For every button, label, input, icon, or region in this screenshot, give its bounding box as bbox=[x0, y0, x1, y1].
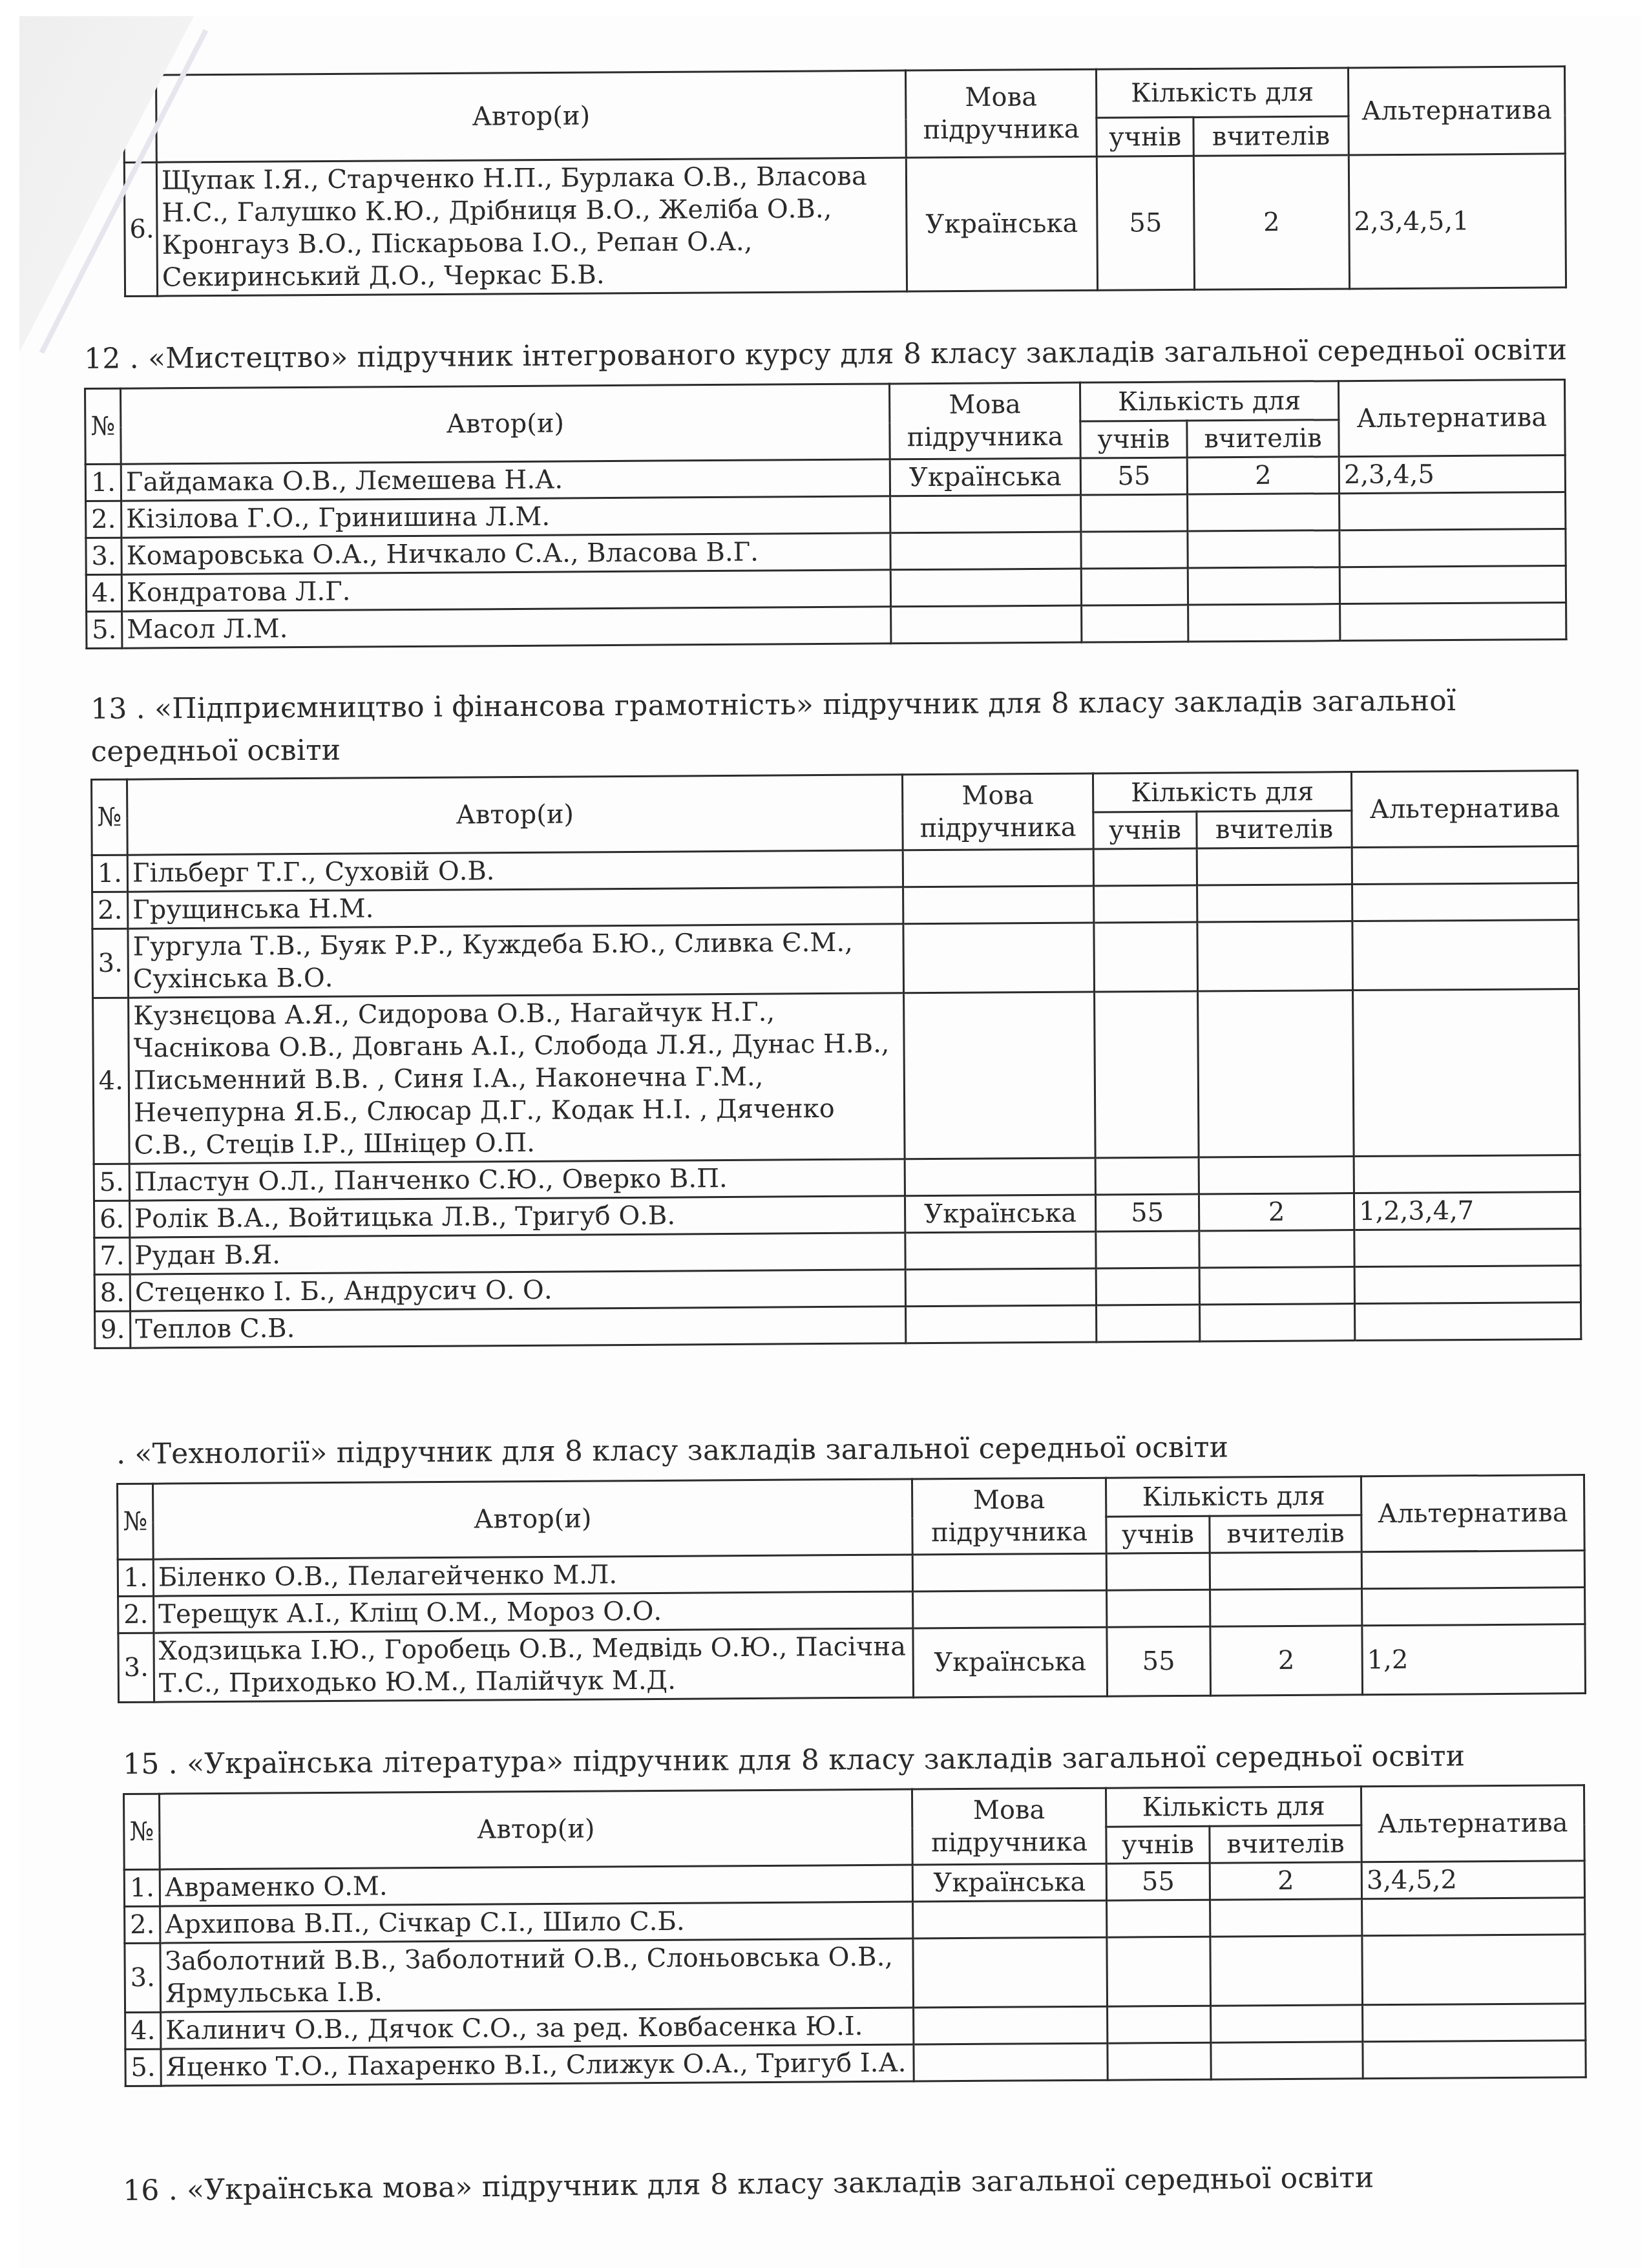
row-number: 3. bbox=[118, 1633, 154, 1702]
table-15: № Автор(и) Мовапідручника Кількість для … bbox=[123, 1784, 1587, 2087]
row-authors: Біленко О.В., Пелагейченко М.Л. bbox=[153, 1555, 912, 1596]
col-qty-header: Кількість для bbox=[1093, 772, 1351, 812]
table-continued: Автор(и) Мовапідручника Кількість для Ал… bbox=[123, 65, 1567, 297]
row-number: 1. bbox=[85, 464, 121, 501]
row-language bbox=[891, 605, 1082, 644]
row-students-count bbox=[1081, 568, 1188, 605]
row-language bbox=[913, 1590, 1107, 1628]
col-teachers-header: вчителів bbox=[1187, 420, 1339, 457]
row-students-count bbox=[1108, 2006, 1211, 2043]
row-language bbox=[903, 923, 1095, 993]
row-number: 2. bbox=[86, 501, 121, 538]
row-number: 4. bbox=[86, 574, 121, 611]
row-language bbox=[913, 1900, 1107, 1938]
row-alternative: 2,3,4,5 bbox=[1339, 455, 1565, 493]
row-authors: Терещук А.І., Кліщ О.М., Мороз О.О. bbox=[154, 1591, 913, 1633]
row-alternative bbox=[1339, 492, 1566, 530]
row-alternative: 1,2,3,4,7 bbox=[1354, 1192, 1580, 1230]
row-teachers-count: 2 bbox=[1199, 1193, 1354, 1231]
row-language: Українська bbox=[890, 458, 1080, 496]
row-teachers-count bbox=[1211, 2042, 1363, 2079]
row-number: 2. bbox=[92, 892, 128, 929]
row-number: 4. bbox=[125, 2012, 161, 2049]
col-students-header: учнів bbox=[1106, 1516, 1210, 1553]
row-authors: Кузнєцова А.Я., Сидорова О.В., Нагайчук … bbox=[129, 993, 905, 1164]
row-alternative bbox=[1363, 2041, 1586, 2079]
row-teachers-count bbox=[1188, 604, 1340, 642]
row-language bbox=[890, 569, 1081, 607]
col-authors-header: Автор(и) bbox=[160, 1789, 913, 1869]
row-teachers-count bbox=[1210, 1936, 1363, 2006]
col-qty-header: Кількість для bbox=[1096, 68, 1348, 118]
col-authors-header: Автор(и) bbox=[153, 1479, 913, 1559]
col-lang-header: Мовапідручника bbox=[902, 773, 1093, 850]
row-language bbox=[905, 1268, 1096, 1307]
col-students-header: учнів bbox=[1106, 1826, 1210, 1864]
section-title-14: . «Технології» підручник для 8 класу зак… bbox=[116, 1431, 1228, 1471]
row-language bbox=[890, 532, 1081, 570]
scanned-page: Автор(и) Мовапідручника Кількість для Ал… bbox=[19, 16, 1641, 2268]
col-lang-header: Мовапідручника bbox=[889, 383, 1080, 459]
row-alternative bbox=[1362, 1588, 1585, 1626]
row-alternative bbox=[1339, 565, 1566, 604]
col-authors-header: Автор(и) bbox=[121, 384, 890, 464]
col-qty-header: Кількість для bbox=[1106, 1476, 1361, 1517]
row-teachers-count bbox=[1210, 1552, 1361, 1590]
row-authors: Кізілова Г.О., Гринишина Л.М. bbox=[121, 496, 890, 538]
row-language bbox=[912, 1553, 1106, 1591]
row-students-count bbox=[1097, 1305, 1200, 1342]
row-authors: Ходзицька І.Ю., Горобець О.В., Медвідь О… bbox=[154, 1628, 914, 1702]
row-teachers-count bbox=[1210, 1589, 1362, 1626]
row-authors: Масол Л.М. bbox=[122, 607, 891, 648]
row-students-count bbox=[1095, 1157, 1199, 1195]
col-students-header: учнів bbox=[1097, 117, 1193, 156]
row-alternative bbox=[1352, 919, 1579, 990]
table-row: 6.Щупак І.Я., Старченко Н.П., Бурлака О.… bbox=[124, 154, 1566, 297]
row-number: 1. bbox=[124, 1869, 160, 1906]
table-row: 4.Кузнєцова А.Я., Сидорова О.В., Нагайчу… bbox=[93, 989, 1581, 1164]
row-number: 6. bbox=[94, 1201, 129, 1237]
row-number: 7. bbox=[94, 1237, 130, 1274]
row-teachers-count bbox=[1198, 991, 1354, 1157]
row-teachers-count: 2 bbox=[1193, 155, 1349, 289]
row-teachers-count bbox=[1199, 1267, 1354, 1305]
row-authors: Гургула Т.В., Буяк Р.Р., Куждеба Б.Ю., С… bbox=[128, 924, 904, 998]
row-teachers-count bbox=[1200, 1304, 1355, 1341]
row-teachers-count bbox=[1188, 494, 1339, 531]
row-authors: Комаровська О.А., Ничкало С.А., Власова … bbox=[121, 533, 890, 574]
section-title-16: 16 . «Українська мова» підручник для 8 к… bbox=[123, 2161, 1374, 2207]
col-teachers-header: вчителів bbox=[1193, 116, 1349, 156]
row-number: 3. bbox=[86, 538, 121, 574]
row-alternative bbox=[1339, 529, 1566, 567]
row-alternative bbox=[1361, 1551, 1584, 1589]
col-lang-header: Мовапідручника bbox=[905, 69, 1097, 158]
section-title-13: 13 . «Підприємництво і фінансова грамотн… bbox=[90, 679, 1551, 773]
row-number: 1. bbox=[92, 855, 127, 892]
row-students-count bbox=[1081, 531, 1188, 569]
row-language bbox=[914, 2043, 1108, 2081]
row-authors: Теплов С.В. bbox=[131, 1307, 906, 1348]
col-authors-header: Автор(и) bbox=[127, 775, 903, 855]
col-teachers-header: вчителів bbox=[1210, 1825, 1361, 1863]
row-students-count bbox=[1082, 605, 1188, 642]
row-alternative bbox=[1352, 883, 1579, 921]
row-alternative bbox=[1354, 1228, 1581, 1266]
row-authors: Яценко Т.О., Пахаренко В.І., Слижук О.А.… bbox=[161, 2044, 914, 2086]
row-teachers-count bbox=[1199, 1230, 1354, 1268]
row-teachers-count bbox=[1211, 2005, 1363, 2042]
table-row: 3.Заболотний В.В., Заболотний О.В., Слон… bbox=[125, 1935, 1586, 2013]
col-alt-header: Альтернатива bbox=[1348, 67, 1565, 155]
col-num-header: № bbox=[118, 1484, 154, 1559]
row-language bbox=[904, 992, 1096, 1159]
col-students-header: учнів bbox=[1080, 421, 1187, 458]
col-alt-header: Альтернатива bbox=[1351, 770, 1578, 847]
row-number: 1. bbox=[118, 1559, 153, 1596]
row-students-count bbox=[1107, 1937, 1211, 2006]
row-number: 5. bbox=[125, 2049, 161, 2086]
row-students-count bbox=[1094, 922, 1198, 992]
row-number: 8. bbox=[94, 1274, 130, 1311]
row-alternative bbox=[1355, 1302, 1581, 1340]
row-number: 3. bbox=[125, 1943, 161, 2012]
row-language bbox=[905, 1232, 1096, 1270]
row-authors: Архипова В.П., Січкар С.І., Шило С.Б. bbox=[160, 1902, 913, 1943]
row-students-count bbox=[1107, 1590, 1210, 1627]
col-alt-header: Альтернатива bbox=[1361, 1475, 1584, 1552]
col-students-header: учнів bbox=[1093, 812, 1197, 849]
row-students-count: 55 bbox=[1080, 457, 1187, 495]
row-authors: Стеценко І. Б., Андрусич О. О. bbox=[130, 1270, 905, 1311]
col-teachers-header: вчителів bbox=[1210, 1515, 1361, 1553]
col-qty-header: Кількість для bbox=[1106, 1787, 1361, 1827]
row-language: Українська bbox=[905, 1195, 1095, 1233]
col-authors-header: Автор(и) bbox=[156, 70, 907, 162]
col-alt-header: Альтернатива bbox=[1338, 380, 1565, 457]
row-language bbox=[905, 1158, 1095, 1196]
row-teachers-count bbox=[1210, 1899, 1362, 1937]
col-teachers-header: вчителів bbox=[1197, 811, 1352, 848]
row-students-count bbox=[1107, 1900, 1210, 1937]
row-alternative bbox=[1352, 846, 1578, 884]
row-teachers-count bbox=[1188, 567, 1339, 605]
row-number: 5. bbox=[94, 1164, 129, 1201]
col-num-header: № bbox=[124, 1794, 160, 1869]
row-authors: Авраменко О.М. bbox=[160, 1865, 912, 1906]
table-12: № Автор(и) Мовапідручника Кількість для … bbox=[84, 379, 1567, 649]
row-students-count bbox=[1096, 1231, 1199, 1268]
row-language bbox=[906, 1305, 1097, 1343]
row-authors: Рудан В.Я. bbox=[130, 1233, 905, 1274]
section-title-12: 12 . «Мистецтво» підручник інтегрованого… bbox=[84, 333, 1567, 375]
row-authors: Гайдамака О.В., Лємешева Н.А. bbox=[121, 459, 890, 501]
row-students-count: 55 bbox=[1097, 156, 1194, 290]
row-language bbox=[913, 1937, 1108, 2008]
table-14: № Автор(и) Мовапідручника Кількість для … bbox=[116, 1474, 1586, 1703]
row-number: 3. bbox=[92, 929, 129, 998]
row-language bbox=[903, 849, 1093, 887]
col-num-header: № bbox=[92, 779, 128, 855]
table-row: 3.Гургула Т.В., Буяк Р.Р., Куждеба Б.Ю.,… bbox=[92, 919, 1579, 998]
row-alternative bbox=[1354, 1265, 1581, 1303]
row-language bbox=[903, 886, 1094, 924]
row-alternative bbox=[1362, 1898, 1585, 1936]
row-students-count bbox=[1096, 1268, 1199, 1305]
col-lang-header: Мовапідручника bbox=[912, 1788, 1106, 1865]
row-number: 4. bbox=[93, 998, 130, 1164]
row-teachers-count bbox=[1197, 885, 1352, 922]
row-number: 2. bbox=[125, 1906, 160, 1943]
section-title-15: 15 . «Українська література» підручник д… bbox=[123, 1739, 1465, 1781]
row-students-count bbox=[1095, 991, 1199, 1158]
row-language: Українська bbox=[906, 156, 1097, 291]
row-number: 5. bbox=[87, 611, 122, 648]
row-authors: Гільберг Т.Г., Суховій О.В. bbox=[127, 850, 903, 892]
row-authors: Кондратова Л.Г. bbox=[121, 570, 890, 611]
row-language: Українська bbox=[913, 1627, 1108, 1697]
col-alt-header: Альтернатива bbox=[1361, 1785, 1584, 1862]
row-authors: Калинич О.В., Дячок С.О., за ред. Ковбас… bbox=[161, 2008, 914, 2049]
row-teachers-count bbox=[1199, 1157, 1354, 1194]
row-teachers-count bbox=[1188, 530, 1339, 568]
row-language: Українська bbox=[912, 1864, 1106, 1902]
row-students-count bbox=[1108, 2042, 1211, 2080]
row-alternative: 1,2 bbox=[1362, 1624, 1586, 1695]
row-teachers-count bbox=[1197, 921, 1353, 991]
row-authors: Щупак І.Я., Старченко Н.П., Бурлака О.В.… bbox=[156, 158, 907, 296]
row-alternative bbox=[1362, 1935, 1586, 2005]
row-number: 2. bbox=[118, 1596, 154, 1633]
row-authors: Пластун О.Л., Панченко С.Ю., Оверко В.П. bbox=[129, 1159, 905, 1201]
row-authors: Заболотний В.В., Заболотний О.В., Слоньо… bbox=[160, 1938, 914, 2012]
row-students-count bbox=[1106, 1553, 1210, 1590]
table-13: № Автор(и) Мовапідручника Кількість для … bbox=[90, 770, 1582, 1349]
row-number: 9. bbox=[95, 1311, 131, 1348]
row-authors: Ролік В.А., Войтицька Л.В., Тригуб О.В. bbox=[129, 1196, 905, 1237]
row-students-count: 55 bbox=[1106, 1863, 1210, 1900]
row-alternative bbox=[1354, 1155, 1580, 1193]
row-teachers-count: 2 bbox=[1210, 1626, 1363, 1696]
row-teachers-count bbox=[1197, 848, 1352, 885]
row-students-count bbox=[1081, 494, 1188, 532]
row-alternative bbox=[1363, 2004, 1586, 2042]
col-num-header: № bbox=[85, 388, 121, 464]
table-row: 3.Ходзицька І.Ю., Горобець О.В., Медвідь… bbox=[118, 1624, 1586, 1703]
row-alternative bbox=[1340, 602, 1566, 640]
row-teachers-count: 2 bbox=[1210, 1862, 1361, 1900]
row-students-count bbox=[1093, 848, 1197, 886]
row-alternative: 2,3,4,5,1 bbox=[1349, 154, 1566, 289]
col-lang-header: Мовапідручника bbox=[912, 1478, 1106, 1555]
row-alternative bbox=[1353, 989, 1581, 1156]
row-language bbox=[890, 495, 1081, 533]
row-teachers-count: 2 bbox=[1187, 457, 1339, 494]
row-authors: Грущинська Н.М. bbox=[128, 887, 903, 929]
row-students-count: 55 bbox=[1107, 1626, 1211, 1696]
row-language bbox=[914, 2006, 1108, 2044]
row-students-count bbox=[1094, 885, 1197, 923]
row-students-count: 55 bbox=[1095, 1194, 1199, 1232]
col-qty-header: Кількість для bbox=[1080, 381, 1338, 421]
row-alternative: 3,4,5,2 bbox=[1361, 1861, 1584, 1899]
